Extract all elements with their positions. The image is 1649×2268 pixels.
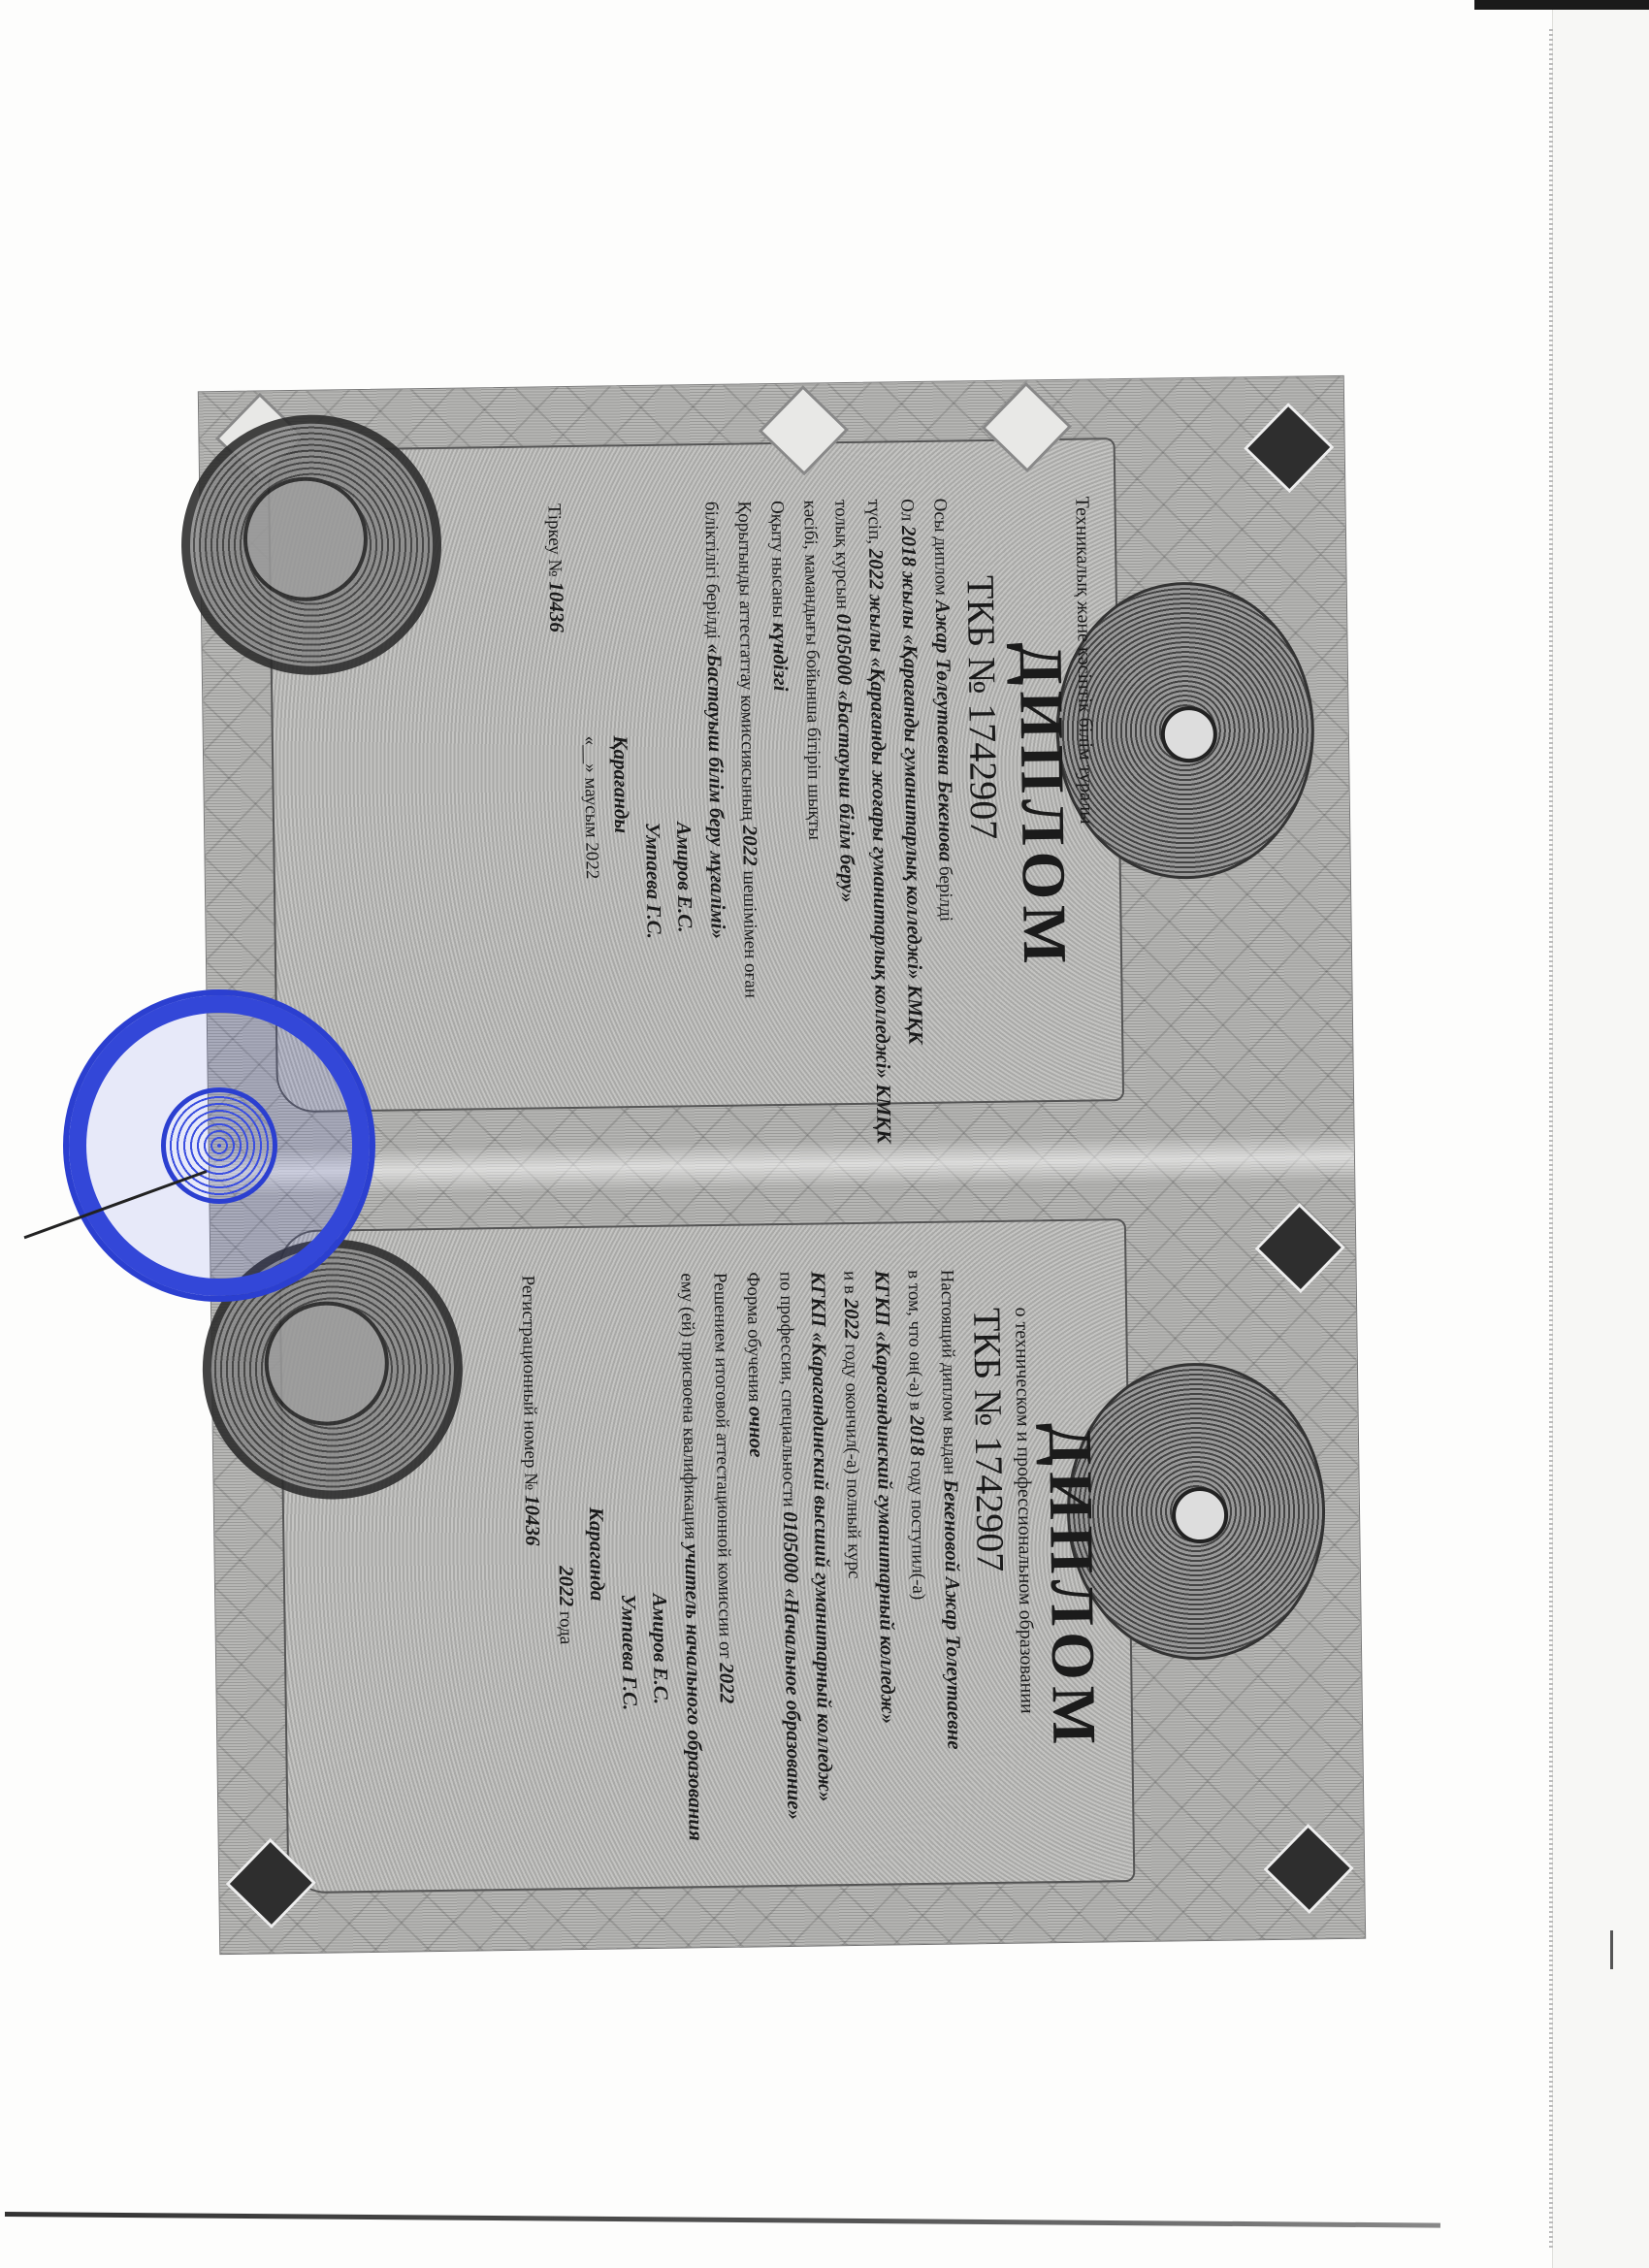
- kz-series-label: ТКБ №: [959, 575, 1005, 695]
- ru-grad-year: 2022: [840, 1298, 864, 1339]
- kz-series-number: 1742907: [960, 703, 1006, 840]
- scan-edge-right: [1552, 10, 1649, 2268]
- corner-ornament-icon: [1255, 1203, 1345, 1293]
- kz-commission-year: 2022: [738, 825, 762, 865]
- scan-edge-top: [1474, 0, 1649, 10]
- kz-line-label: Ол: [896, 499, 917, 521]
- ru-study-form: очное: [744, 1407, 768, 1458]
- kz-study-form: күндізгі: [768, 623, 792, 692]
- ru-holder-name: Бекеновой Ажар Толеутаевне: [940, 1479, 967, 1750]
- scan-mark: [1610, 1930, 1613, 1969]
- school-seal-blue: [63, 989, 375, 1302]
- scan-bottom-line: [5, 2212, 1440, 2228]
- ru-line-label: по профессии, специальности: [776, 1272, 799, 1507]
- ru-line-suffix: году окончил(-а) полный курс: [841, 1344, 864, 1578]
- kz-holder-name: Ажар Төлеутаевна Бекенова: [931, 600, 958, 862]
- kz-entry-college: жылы «Қарағанды гуманитарлық колледжі» К…: [897, 571, 927, 1045]
- kz-grad-year: 2022: [864, 549, 889, 590]
- kz-reg-label: Тіркеу №: [543, 503, 565, 577]
- ru-series-number: 1742907: [967, 1436, 1013, 1572]
- ru-series-label: ТКБ №: [965, 1308, 1011, 1427]
- ru-line-label: Настоящий диплом выдан: [937, 1269, 960, 1474]
- kz-reg-number: 10436: [545, 581, 569, 632]
- kz-grad-college: жылы «Қарағанды жоғары гуманитарлық колл…: [865, 594, 896, 1144]
- kz-specialty: 0105000 «Бастауыш білім беру»: [832, 613, 859, 902]
- diploma-kazakh-side: Техникалық және кәсіптік білім туралы ДИ…: [199, 376, 1354, 1173]
- kz-qualification: «Бастауыш білім беру мұғалімі»: [702, 643, 729, 939]
- kz-line-label: Қорытынды аттестаттау комиссиясының: [733, 501, 759, 821]
- scan-margin-dots: [1549, 29, 1553, 2251]
- ru-line-suffix: году поступил(-а): [906, 1461, 928, 1601]
- ru-specialty: 0105000 «Начальное образование»: [779, 1511, 806, 1820]
- ru-reg-label: Регистрационный номер №: [518, 1276, 541, 1491]
- ru-qualification: учитель начального образования: [680, 1543, 707, 1841]
- kz-line-label: біліктілігі берілді: [700, 502, 723, 639]
- kz-entry-year: 2018: [897, 526, 921, 567]
- ru-line-label: и в: [840, 1271, 860, 1294]
- ru-title: ДИПЛОМ: [1032, 1267, 1112, 1835]
- kz-text-block: Техникалық және кәсіптік білім туралы ДИ…: [537, 496, 1101, 1148]
- corner-ornament-icon: [1264, 1824, 1354, 1914]
- ru-reg-number: 10436: [521, 1495, 545, 1546]
- ru-line-label: ему (ей) присвоена квалификация: [677, 1273, 701, 1539]
- ru-entry-year: 2018: [906, 1415, 930, 1456]
- kz-line-label: Осы диплом: [929, 499, 951, 597]
- kz-line-label: толық курсын: [830, 500, 853, 609]
- ru-line-label: в том, что он(-а) в: [904, 1270, 926, 1410]
- kz-line-label: кәсібі, мамандығы бойынша бітіріп шықты: [799, 500, 824, 840]
- kz-line-suffix: берілді: [935, 866, 956, 922]
- ru-line-label: Решением итоговой аттестационной комисси…: [710, 1273, 736, 1659]
- ru-year-suffix: года: [555, 1611, 575, 1645]
- ru-commission-year: 2022: [715, 1663, 739, 1703]
- kz-line-suffix: шешімімен оған: [739, 870, 761, 998]
- kz-line-label: түсіп,: [863, 499, 885, 544]
- diploma-russian-side: ДИПЛОМ о техническом и профессиональном …: [210, 1157, 1365, 1954]
- ru-text-block: ДИПЛОМ о техническом и профессиональном …: [512, 1267, 1112, 1843]
- kz-line-label: Оқыту нысаны: [766, 501, 789, 618]
- ru-line-label: Форма обучения: [743, 1272, 765, 1402]
- corner-ornament-icon: [1244, 403, 1334, 493]
- ru-year: 2022: [555, 1566, 579, 1606]
